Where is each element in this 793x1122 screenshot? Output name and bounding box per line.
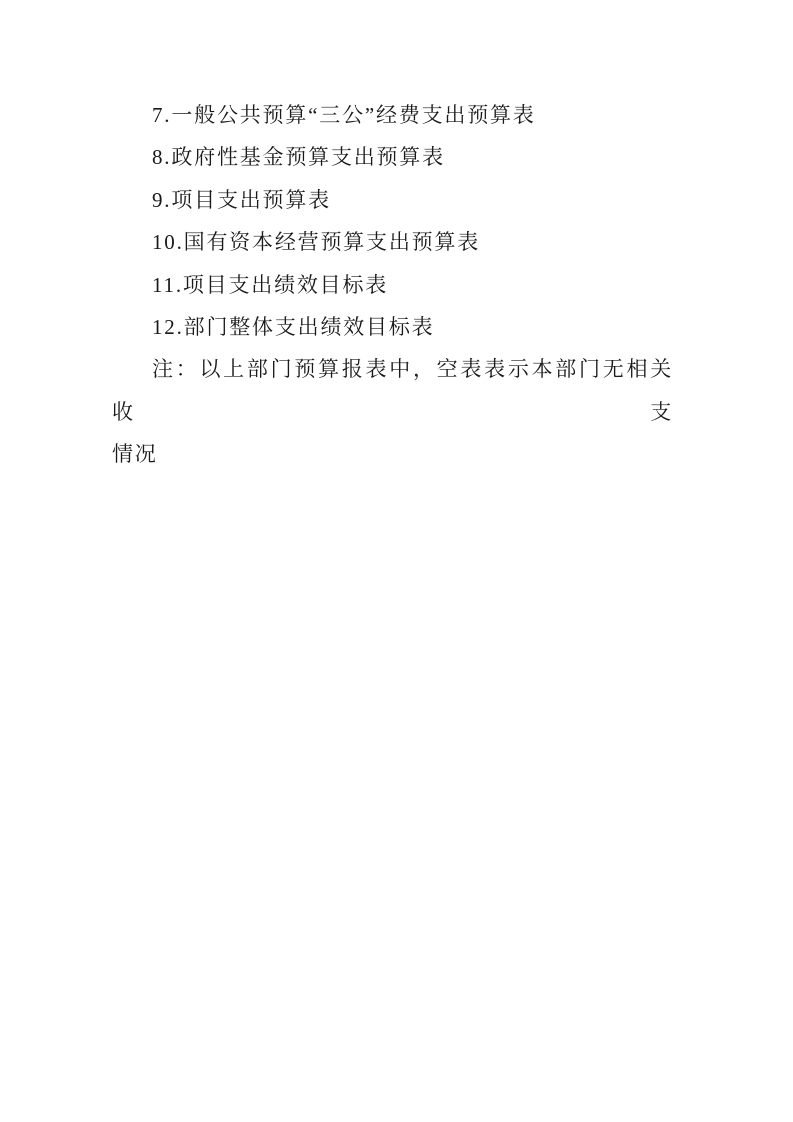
list-item: 12.部门整体支出绩效目标表 <box>112 306 673 348</box>
list-item: 10.国有资本经营预算支出预算表 <box>112 221 673 263</box>
budget-table-list: 7.一般公共预算“三公”经费支出预算表8.政府性基金预算支出预算表9.项目支出预… <box>112 94 673 348</box>
note-line-2: 情况 <box>112 433 673 475</box>
document-page: 7.一般公共预算“三公”经费支出预算表8.政府性基金预算支出预算表9.项目支出预… <box>0 0 793 1122</box>
note-line-1: 注：以上部门预算报表中，空表表示本部门无相关收支 <box>112 348 673 433</box>
list-item: 11.项目支出绩效目标表 <box>112 264 673 306</box>
document-content: 7.一般公共预算“三公”经费支出预算表8.政府性基金预算支出预算表9.项目支出预… <box>112 94 673 476</box>
list-item: 9.项目支出预算表 <box>112 179 673 221</box>
list-item: 7.一般公共预算“三公”经费支出预算表 <box>112 94 673 136</box>
list-item: 8.政府性基金预算支出预算表 <box>112 136 673 178</box>
